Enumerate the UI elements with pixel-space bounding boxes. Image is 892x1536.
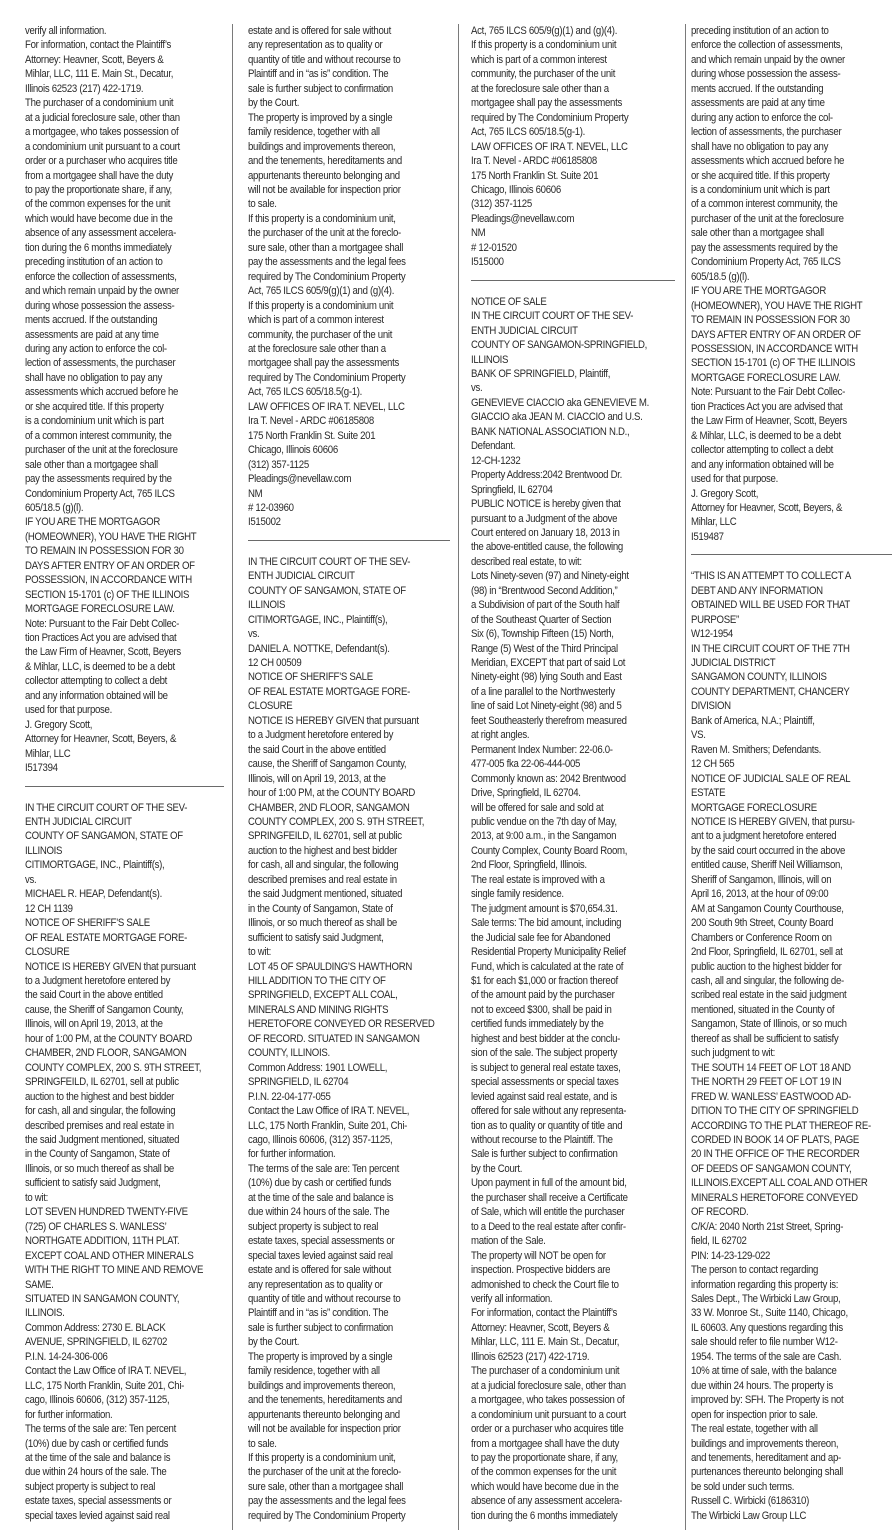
notice-text-line: Russell C. Wirbicki (6186310): [691, 1494, 860, 1508]
notice-text-line: at the foreclosure sale other than a: [471, 82, 646, 96]
notice-text-line: 605/18.5 (g)(l).: [691, 270, 860, 284]
notice-text-line: Pleadings@nevellaw.com: [248, 472, 422, 486]
notice-text-line: 20 IN THE OFFICE OF THE RECORDER: [691, 1147, 860, 1161]
notice-text-line: in the County of Sangamon, State of: [25, 1147, 196, 1161]
notice-text-line: sale other than a mortgagee shall: [691, 226, 860, 240]
notice-text-line: special taxes levied against said real: [25, 1509, 196, 1523]
notice-text-line: subject property is subject to real: [248, 1220, 422, 1234]
notice-text-line: to a Judgment heretofore entered by: [248, 728, 422, 742]
notice-text-line: of the amount paid by the purchaser: [471, 988, 646, 1002]
notice-text-line: BANK OF SPRINGFIELD, Plaintiff,: [471, 367, 646, 381]
notice-text-line: estate and is offered for sale without: [248, 24, 422, 38]
notice-text-line: The terms of the sale are: Ten percent: [25, 1422, 196, 1436]
notice-text-line: mortgagee shall pay the assessments: [471, 96, 646, 110]
notice-text-line: Ninety-eight (98) lying South and East: [471, 670, 646, 684]
notice-text-line: OF REAL ESTATE MORTGAGE FORE-: [248, 685, 422, 699]
notice-text-line: Sale is further subject to confirmation: [471, 1147, 646, 1161]
notice-text-line: described premises and real estate in: [25, 1119, 196, 1133]
notice-text-line: Ira T. Nevel - ARDC #06185808: [471, 154, 646, 168]
notice-text-line: Illinois, or so much thereof as shall be: [248, 916, 422, 930]
notice-text-line: to wit:: [25, 1191, 196, 1205]
notice-text-line: to pay the proportionate share, if any,: [471, 1451, 646, 1465]
notice-text-line: NOTICE OF JUDICIAL SALE OF REAL: [691, 772, 860, 786]
notice-text-line: of a common interest community, the: [25, 429, 196, 443]
notice-text-line: purchaser of the unit at the foreclosure: [25, 443, 196, 457]
notice-text-line: ILLINOIS: [471, 353, 646, 367]
notice-text-line: the purchaser of the unit at the foreclo…: [248, 1465, 422, 1479]
notice-text-line: quantity of title and without recourse t…: [248, 1292, 422, 1306]
notice-text-line: (10%) due by cash or certified funds: [248, 1176, 422, 1190]
notice-text-line: 605/18.5 (g)(l).: [25, 501, 196, 515]
notice-text-line: PURPOSE”: [691, 613, 860, 627]
notice-text-line: community, the purchaser of the unit: [471, 67, 646, 81]
notice-text-line: appurtenants thereunto belonging and: [248, 1408, 422, 1422]
notice-text-line: IF YOU ARE THE MORTGAGOR: [25, 515, 196, 529]
notice-text-line: Act, 765 ILCS 605/18.5(g-1).: [248, 385, 422, 399]
legal-notice: Act, 765 ILCS 605/9(g)(1) and (g)(4).If …: [471, 24, 675, 270]
notice-text-line: cause, the Sheriff of Sangamon County,: [248, 757, 422, 771]
notice-text-line: April 16, 2013, at the hour of 09:00: [691, 887, 860, 901]
notice-text-line: (312) 357-1125: [248, 458, 422, 472]
notice-text-line: 1954. The terms of the sale are Cash.: [691, 1350, 860, 1364]
notice-text-line: by the said court occurred in the above: [691, 844, 860, 858]
notice-text-line: preceding institution of an action to: [25, 255, 196, 269]
notice-text-line: SPRINGFIELD, IL 62704: [248, 1075, 422, 1089]
notice-text-line: (725) OF CHARLES S. WANLESS’: [25, 1220, 196, 1234]
notice-divider: [25, 786, 224, 787]
notice-text-line: GENEVIEVE CIACCIO aka GENEVIEVE M.: [471, 396, 646, 410]
notice-text-line: enforce the collection of assessments,: [25, 270, 196, 284]
notice-text-line: IL 60603. Any questions regarding this: [691, 1321, 860, 1335]
notice-text-line: 2013, at 9:00 a.m., in the Sangamon: [471, 829, 646, 843]
notice-text-line: Attorney: Heavner, Scott, Beyers &: [471, 1321, 646, 1335]
notice-text-line: line of said Lot Ninety-eight (98) and 5: [471, 699, 646, 713]
notice-text-line: 10% at time of sale, with the balance: [691, 1364, 860, 1378]
notice-text-line: If this property is a condominium unit,: [248, 212, 422, 226]
notice-text-line: order or a purchaser who acquires title: [25, 154, 196, 168]
notice-text-line: DIVISION: [691, 699, 860, 713]
notice-text-line: ments accrued. If the outstanding: [25, 313, 196, 327]
notice-text-line: Illinois, or so much thereof as shall be: [25, 1162, 196, 1176]
notice-text-line: DAYS AFTER ENTRY OF AN ORDER OF: [25, 559, 196, 573]
notice-text-line: auction to the highest and best bidder: [248, 844, 422, 858]
notice-text-line: mentioned, situated in the County of: [691, 1003, 860, 1017]
notice-text-line: LLC, 175 North Franklin, Suite 201, Chi-: [25, 1379, 196, 1393]
notice-text-line: If this property is a condominium unit: [248, 299, 422, 313]
notice-text-line: by the Court.: [248, 1335, 422, 1349]
notice-text-line: CITIMORTGAGE, INC., Plaintiff(s),: [25, 858, 196, 872]
notice-text-line: (312) 357-1125: [471, 197, 646, 211]
notice-text-line: MORTGAGE FORECLOSURE LAW.: [25, 602, 196, 616]
notice-text-line: public auction to the highest bidder for: [691, 960, 860, 974]
notice-text-line: ESTATE: [691, 786, 860, 800]
notice-text-line: tion Practices Act you are advised that: [25, 631, 196, 645]
notice-text-line: EXCEPT COAL AND OTHER MINERALS: [25, 1249, 196, 1263]
notice-text-line: described real estate, to wit:: [471, 555, 646, 569]
notice-text-line: Pleadings@nevellaw.com: [471, 212, 646, 226]
notice-text-line: NOTICE OF SHERIFF’S SALE: [248, 670, 422, 684]
notice-text-line: community, the purchaser of the unit: [248, 328, 422, 342]
notice-text-line: the said Judgment mentioned, situated: [25, 1133, 196, 1147]
notice-text-line: 12 CH 00509: [248, 656, 422, 670]
notice-text-line: COUNTY, ILLINOIS.: [248, 1046, 422, 1060]
notice-text-line: without recourse to the Plaintiff. The: [471, 1133, 646, 1147]
notice-text-line: required by The Condominium Property: [248, 371, 422, 385]
notice-text-line: the above-entitled cause, the following: [471, 540, 646, 554]
notice-text-line: CHAMBER, 2ND FLOOR, SANGAMON: [248, 801, 422, 815]
notice-text-line: The purchaser of a condominium unit: [25, 96, 196, 110]
notice-text-line: (98) in “Brentwood Second Addition,”: [471, 584, 646, 598]
notice-text-line: of the common expenses for the unit: [25, 197, 196, 211]
notice-text-line: Illinois, will on April 19, 2013, at the: [25, 1017, 196, 1031]
notice-text-line: or she acquired title. If this property: [25, 400, 196, 414]
notice-text-line: appurtenants thereunto belonging and: [248, 169, 422, 183]
notice-text-line: which is part of a common interest: [471, 53, 646, 67]
notice-text-line: during whose possession the assess-: [25, 299, 196, 313]
notice-text-line: field, IL 62702: [691, 1234, 860, 1248]
notice-text-line: SPRINGFEILD, IL 62701, sell at public: [248, 829, 422, 843]
notice-text-line: due within 24 hours of the sale. The: [248, 1205, 422, 1219]
notice-text-line: tion as to quality or quantity of title …: [471, 1119, 646, 1133]
notice-text-line: and tenements, hereditament and ap-: [691, 1451, 860, 1465]
notice-text-line: ant to a judgment heretofore entered: [691, 829, 860, 843]
notice-text-line: MORTGAGE FORECLOSURE LAW.: [691, 371, 860, 385]
notice-text-line: SANGAMON COUNTY, ILLINOIS: [691, 670, 860, 684]
notice-text-line: cago, Illinois 60606, (312) 357-1125,: [248, 1133, 422, 1147]
notice-text-line: ILLINOIS: [25, 844, 196, 858]
notice-text-line: and any information obtained will be: [691, 458, 860, 472]
notice-text-line: is a condominium unit which is part: [25, 414, 196, 428]
notice-text-line: Common Address: 1901 LOWELL,: [248, 1061, 422, 1075]
notice-text-line: tion during the 6 months immediately: [471, 1509, 646, 1523]
notice-text-line: OF REAL ESTATE MORTGAGE FORE-: [25, 931, 196, 945]
notice-text-line: SPRINGFEILD, IL 62701, sell at public: [25, 1075, 196, 1089]
notice-text-line: FRED W. WANLESS’ EASTWOOD AD-: [691, 1090, 860, 1104]
notice-text-line: 175 North Franklin St. Suite 201: [248, 429, 422, 443]
notice-text-line: tion Practices Act you are advised that: [691, 400, 860, 414]
notice-text-line: cause, the Sheriff of Sangamon County,: [25, 1003, 196, 1017]
notice-text-line: NM: [471, 226, 646, 240]
notice-text-line: assessments which accrued before he: [691, 154, 860, 168]
notice-text-line: Condominium Property Act, 765 ILCS: [25, 487, 196, 501]
notice-text-line: vs.: [25, 873, 196, 887]
notice-text-line: Sales Dept., The Wirbicki Law Group,: [691, 1292, 860, 1306]
notice-text-line: subject property is subject to real: [25, 1480, 196, 1494]
notice-text-line: PUBLIC NOTICE is hereby given that: [471, 497, 646, 511]
notice-text-line: IN THE CIRCUIT COURT OF THE 7TH: [691, 642, 860, 656]
notice-text-line: NM: [248, 487, 422, 501]
notice-text-line: The property is improved by a single: [248, 1350, 422, 1364]
legal-notice: preceding institution of an action toenf…: [691, 24, 888, 544]
notice-text-line: ments accrued. If the outstanding: [691, 82, 860, 96]
notice-text-line: pay the assessments required by the: [691, 241, 860, 255]
notice-text-line: of the Southeast Quarter of Section: [471, 613, 646, 627]
notice-text-line: HILL ADDITION TO THE CITY OF: [248, 974, 422, 988]
notice-text-line: vs.: [471, 381, 646, 395]
legal-notice: “THIS IS AN ATTEMPT TO COLLECT ADEBT AND…: [691, 569, 888, 1523]
notice-text-line: I515002: [248, 515, 422, 529]
notice-text-line: 200 South 9th Street, County Board: [691, 916, 860, 930]
notice-text-line: tion during the 6 months immediately: [25, 241, 196, 255]
notice-text-line: 33 W. Monroe St., Suite 1140, Chicago,: [691, 1306, 860, 1320]
notice-text-line: of a common interest community, the: [691, 197, 860, 211]
notice-text-line: in the County of Sangamon, State of: [248, 902, 422, 916]
notice-text-line: Chicago, Illinois 60606: [248, 443, 422, 457]
notice-text-line: IN THE CIRCUIT COURT OF THE SEV-: [471, 309, 646, 323]
column-3: Act, 765 ILCS 605/9(g)(1) and (g)(4).If …: [458, 24, 685, 1530]
notice-text-line: family residence, together with all: [248, 125, 422, 139]
notice-text-line: Meridian, EXCEPT that part of said Lot: [471, 656, 646, 670]
notice-text-line: a mortgagee, who takes possession of: [471, 1393, 646, 1407]
notice-text-line: a mortgagee, who takes possession of: [25, 125, 196, 139]
notice-text-line: special assessments or special taxes: [471, 1075, 646, 1089]
notice-text-line: Common Address: 2730 E. BLACK: [25, 1321, 196, 1335]
notice-text-line: # 12-03960: [248, 501, 422, 515]
notice-text-line: I517394: [25, 761, 196, 775]
notice-text-line: special taxes levied against said real: [248, 1249, 422, 1263]
notice-text-line: $1 for each $1,000 or fraction thereof: [471, 974, 646, 988]
notice-text-line: the purchaser shall receive a Certificat…: [471, 1191, 646, 1205]
notice-text-line: The person to contact regarding: [691, 1263, 860, 1277]
notice-text-line: the said Judgment mentioned, situated: [248, 887, 422, 901]
notice-text-line: Springfield, IL 62704: [471, 483, 646, 497]
notice-text-line: CORDED IN BOOK 14 OF PLATS, PAGE: [691, 1133, 860, 1147]
notice-text-line: The property will NOT be open for: [471, 1249, 646, 1263]
notice-text-line: Act, 765 ILCS 605/9(g)(1) and (g)(4).: [471, 24, 646, 38]
notice-text-line: Raven M. Smithers; Defendants.: [691, 743, 860, 757]
notice-text-line: at right angles.: [471, 728, 646, 742]
notice-text-line: open for inspection prior to sale.: [691, 1408, 860, 1422]
notice-text-line: NORTHGATE ADDITION, 11TH PLAT.: [25, 1234, 196, 1248]
notice-text-line: scribed real estate in the said judgment: [691, 988, 860, 1002]
notice-text-line: from a mortgagee shall have the duty: [25, 169, 196, 183]
notice-text-line: and the tenements, hereditaments and: [248, 1393, 422, 1407]
notice-text-line: ACCORDING TO THE PLAT THEREOF RE-: [691, 1119, 860, 1133]
notice-text-line: CLOSURE: [25, 945, 196, 959]
notice-text-line: buildings and improvements thereon,: [691, 1437, 860, 1451]
notice-text-line: IF YOU ARE THE MORTGAGOR: [691, 284, 860, 298]
notice-text-line: NOTICE IS HEREBY GIVEN, that pursu-: [691, 815, 860, 829]
notice-text-line: COUNTY COMPLEX, 200 S. 9TH STREET,: [25, 1061, 196, 1075]
notice-text-line: Illinois 62523 (217) 422-1719.: [471, 1350, 646, 1364]
notice-text-line: at a judicial foreclosure sale, other th…: [471, 1379, 646, 1393]
notice-text-line: purtenances thereunto belonging shall: [691, 1465, 860, 1479]
notice-text-line: assessments are paid at any time: [25, 328, 196, 342]
notice-text-line: ILLINOIS.EXCEPT ALL COAL AND OTHER: [691, 1176, 860, 1190]
notice-text-line: Note: Pursuant to the Fair Debt Collec-: [25, 617, 196, 631]
notice-text-line: AVENUE, SPRINGFIELD, IL 62702: [25, 1335, 196, 1349]
notice-text-line: 12 CH 565: [691, 757, 860, 771]
notice-text-line: Permanent Index Number: 22-06.0-: [471, 743, 646, 757]
notice-text-line: ILLINOIS: [248, 598, 422, 612]
notice-text-line: Drive, Springfield, IL 62704.: [471, 786, 646, 800]
legal-notice: IN THE CIRCUIT COURT OF THE SEV-ENTH JUD…: [248, 555, 450, 1523]
notice-text-line: buildings and improvements thereon,: [248, 1379, 422, 1393]
notice-text-line: which would have become due in the: [471, 1480, 646, 1494]
notice-text-line: County Complex, County Board Room,: [471, 844, 646, 858]
notice-text-line: ENTH JUDICIAL CIRCUIT: [25, 815, 196, 829]
notice-text-line: Chambers or Conference Room on: [691, 931, 860, 945]
notice-text-line: Lots Ninety-seven (97) and Ninety-eight: [471, 569, 646, 583]
notice-text-line: preceding institution of an action to: [691, 24, 860, 38]
notice-text-line: Act, 765 ILCS 605/9(g)(1) and (g)(4).: [248, 284, 422, 298]
notice-text-line: purchaser of the unit at the foreclosure: [691, 212, 860, 226]
notice-text-line: LOT SEVEN HUNDRED TWENTY-FIVE: [25, 1205, 196, 1219]
notice-text-line: required by The Condominium Property: [471, 111, 646, 125]
notice-text-line: vs.: [248, 627, 422, 641]
column-2: estate and is offered for sale withoutan…: [232, 24, 458, 1530]
notice-text-line: sale is further subject to confirmation: [248, 82, 422, 96]
legal-notice: verify all information.For information, …: [25, 24, 224, 776]
notice-text-line: of a line parallel to the Northwesterly: [471, 685, 646, 699]
notice-text-line: pay the assessments required by the: [25, 472, 196, 486]
notice-text-line: estate taxes, special assessments or: [25, 1494, 196, 1508]
column-4: preceding institution of an action toenf…: [685, 24, 892, 1530]
notice-text-line: OF DEEDS OF SANGAMON COUNTY,: [691, 1162, 860, 1176]
notice-divider: [691, 554, 892, 555]
notice-text-line: order or a purchaser who acquires title: [471, 1422, 646, 1436]
legal-notice: estate and is offered for sale withoutan…: [248, 24, 450, 530]
notice-text-line: and any information obtained will be: [25, 689, 196, 703]
notice-text-line: a condominium unit pursuant to a court: [25, 140, 196, 154]
notice-text-line: If this property is a condominium unit,: [248, 1451, 422, 1465]
notice-text-line: hour of 1:00 PM, at the COUNTY BOARD: [248, 786, 422, 800]
notice-text-line: for further information.: [25, 1408, 196, 1422]
notice-text-line: pay the assessments and the legal fees: [248, 1494, 422, 1508]
notice-text-line: POSSESSION, IN ACCORDANCE WITH: [25, 573, 196, 587]
notice-text-line: assessments which accrued before he: [25, 385, 196, 399]
notice-text-line: feet Southeasterly therefrom measured: [471, 714, 646, 728]
notice-text-line: absence of any assessment accelera-: [471, 1494, 646, 1508]
notice-text-line: Contact the Law Office of IRA T. NEVEL,: [25, 1364, 196, 1378]
notice-text-line: shall have no obligation to pay any: [691, 140, 860, 154]
notice-text-line: W12-1954: [691, 627, 860, 641]
notice-text-line: COUNTY OF SANGAMON, STATE OF: [25, 829, 196, 843]
notice-text-line: & Mihlar, LLC, is deemed to be a debt: [691, 429, 860, 443]
notice-text-line: Fund, which is calculated at the rate of: [471, 960, 646, 974]
notice-text-line: used for that purpose.: [25, 703, 196, 717]
notice-text-line: Bank of America, N.A.; Plaintiff,: [691, 714, 860, 728]
notice-text-line: ENTH JUDICIAL CIRCUIT: [471, 324, 646, 338]
notice-text-line: GIACCIO aka JEAN M. CIACCIO and U.S.: [471, 410, 646, 424]
notice-text-line: LAW OFFICES OF IRA T. NEVEL, LLC: [248, 400, 422, 414]
notice-text-line: the purchaser of the unit at the foreclo…: [248, 226, 422, 240]
notice-text-line: Contact the Law Office of IRA T. NEVEL,: [248, 1104, 422, 1118]
notice-text-line: during any action to enforce the col-: [691, 111, 860, 125]
notice-text-line: The judgment amount is $70,654.31.: [471, 902, 646, 916]
notice-text-line: TO REMAIN IN POSSESSION FOR 30: [25, 544, 196, 558]
notice-text-line: absence of any assessment accelera-: [25, 226, 196, 240]
notice-text-line: I519487: [691, 530, 860, 544]
notice-text-line: by the Court.: [248, 96, 422, 110]
notice-text-line: 12 CH 1139: [25, 902, 196, 916]
notice-text-line: offered for sale without any representa-: [471, 1104, 646, 1118]
notice-text-line: Commonly known as: 2042 Brentwood: [471, 772, 646, 786]
notice-text-line: 175 North Franklin St. Suite 201: [471, 169, 646, 183]
notice-text-line: sale should refer to file number W12-: [691, 1335, 860, 1349]
notice-text-line: Sangamon, State of Illinois, or so much: [691, 1017, 860, 1031]
notice-text-line: of Sale, which will entitle the purchase…: [471, 1205, 646, 1219]
notice-text-line: sion of the sale. The subject property: [471, 1046, 646, 1060]
notice-text-line: Attorney: Heavner, Scott, Beyers &: [25, 53, 196, 67]
notice-text-line: will not be available for inspection pri…: [248, 183, 422, 197]
notice-text-line: Attorney for Heavner, Scott, Beyers, &: [691, 501, 860, 515]
notice-text-line: to a Judgment heretofore entered by: [25, 974, 196, 988]
notice-text-line: The real estate is improved with a: [471, 873, 646, 887]
notice-text-line: DEBT AND ANY INFORMATION: [691, 584, 860, 598]
notice-text-line: OF RECORD.: [691, 1205, 860, 1219]
notice-text-line: any representation as to quality or: [248, 1278, 422, 1292]
notice-text-line: “THIS IS AN ATTEMPT TO COLLECT A: [691, 569, 860, 583]
notice-text-line: IN THE CIRCUIT COURT OF THE SEV-: [248, 555, 422, 569]
notice-text-line: Act, 765 ILCS 605/18.5(g-1).: [471, 125, 646, 139]
notice-text-line: assessments are paid at any time: [691, 96, 860, 110]
notice-text-line: enforce the collection of assessments,: [691, 38, 860, 52]
notice-text-line: quantity of title and without recourse t…: [248, 53, 422, 67]
notice-text-line: 2nd Floor, Springfield, Illinois.: [471, 858, 646, 872]
notice-text-line: sale other than a mortgagee shall: [25, 458, 196, 472]
notice-text-line: to sale.: [248, 1437, 422, 1451]
notice-text-line: C/K/A: 2040 North 21st Street, Spring-: [691, 1220, 860, 1234]
notice-text-line: or she acquired title. If this property: [691, 169, 860, 183]
notice-text-line: COUNTY DEPARTMENT, CHANCERY: [691, 685, 860, 699]
notice-text-line: ILLINOIS.: [25, 1306, 196, 1320]
notice-text-line: MICHAEL R. HEAP, Defendant(s).: [25, 887, 196, 901]
notice-text-line: to pay the proportionate share, if any,: [25, 183, 196, 197]
notice-text-line: and which remain unpaid by the owner: [25, 284, 196, 298]
notice-text-line: verify all information.: [471, 1292, 646, 1306]
notice-text-line: MINERALS AND MINING RIGHTS: [248, 1003, 422, 1017]
notice-text-line: sufficient to satisfy said Judgment,: [248, 931, 422, 945]
notice-text-line: CHAMBER, 2ND FLOOR, SANGAMON: [25, 1046, 196, 1060]
notice-text-line: at a judicial foreclosure sale, other th…: [25, 111, 196, 125]
notice-text-line: THE SOUTH 14 FEET OF LOT 18 AND: [691, 1061, 860, 1075]
notice-text-line: auction to the highest and best bidder: [25, 1090, 196, 1104]
notice-text-line: to a Deed to the real estate after confi…: [471, 1220, 646, 1234]
notice-text-line: admonished to check the Court file to: [471, 1278, 646, 1292]
notice-text-line: VS.: [691, 728, 860, 742]
notice-text-line: Illinois 62523 (217) 422-1719.: [25, 82, 196, 96]
notice-text-line: collector attempting to collect a debt: [25, 674, 196, 688]
notice-text-line: Plaintiff and in “as is” condition. The: [248, 67, 422, 81]
notice-text-line: described premises and real estate in: [248, 873, 422, 887]
notice-text-line: shall have no obligation to pay any: [25, 371, 196, 385]
notice-text-line: Upon payment in full of the amount bid,: [471, 1176, 646, 1190]
notice-text-line: which would have become due in the: [25, 212, 196, 226]
notice-text-line: improved by: SFH. The Property is not: [691, 1393, 860, 1407]
notice-text-line: will be offered for sale and sold at: [471, 801, 646, 815]
notice-text-line: collector attempting to collect a debt: [691, 443, 860, 457]
notice-text-line: 12-CH-1232: [471, 454, 646, 468]
notice-text-line: CLOSURE: [248, 699, 422, 713]
notice-text-line: Range (5) West of the Third Principal: [471, 642, 646, 656]
notice-text-line: a condominium unit pursuant to a court: [471, 1408, 646, 1422]
notice-text-line: For information, contact the Plaintiff’s: [471, 1306, 646, 1320]
notice-text-line: OBTAINED WILL BE USED FOR THAT: [691, 598, 860, 612]
notice-text-line: NOTICE OF SALE: [471, 295, 646, 309]
notice-text-line: highest and best bidder at the conclu-: [471, 1032, 646, 1046]
notice-divider: [248, 540, 450, 541]
notice-text-line: # 12-01520: [471, 241, 646, 255]
notice-text-line: pay the assessments and the legal fees: [248, 255, 422, 269]
notice-text-line: PIN: 14-23-129-022: [691, 1249, 860, 1263]
notice-text-line: The terms of the sale are: Ten percent: [248, 1162, 422, 1176]
notice-text-line: sure sale, other than a mortgagee shall: [248, 1480, 422, 1494]
notice-text-line: Attorney for Heavner, Scott, Beyers, &: [25, 732, 196, 746]
notice-text-line: COUNTY COMPLEX, 200 S. 9TH STREET,: [248, 815, 422, 829]
notice-text-line: Property Address:2042 Brentwood Dr.: [471, 468, 646, 482]
notice-text-line: The purchaser of a condominium unit: [471, 1364, 646, 1378]
